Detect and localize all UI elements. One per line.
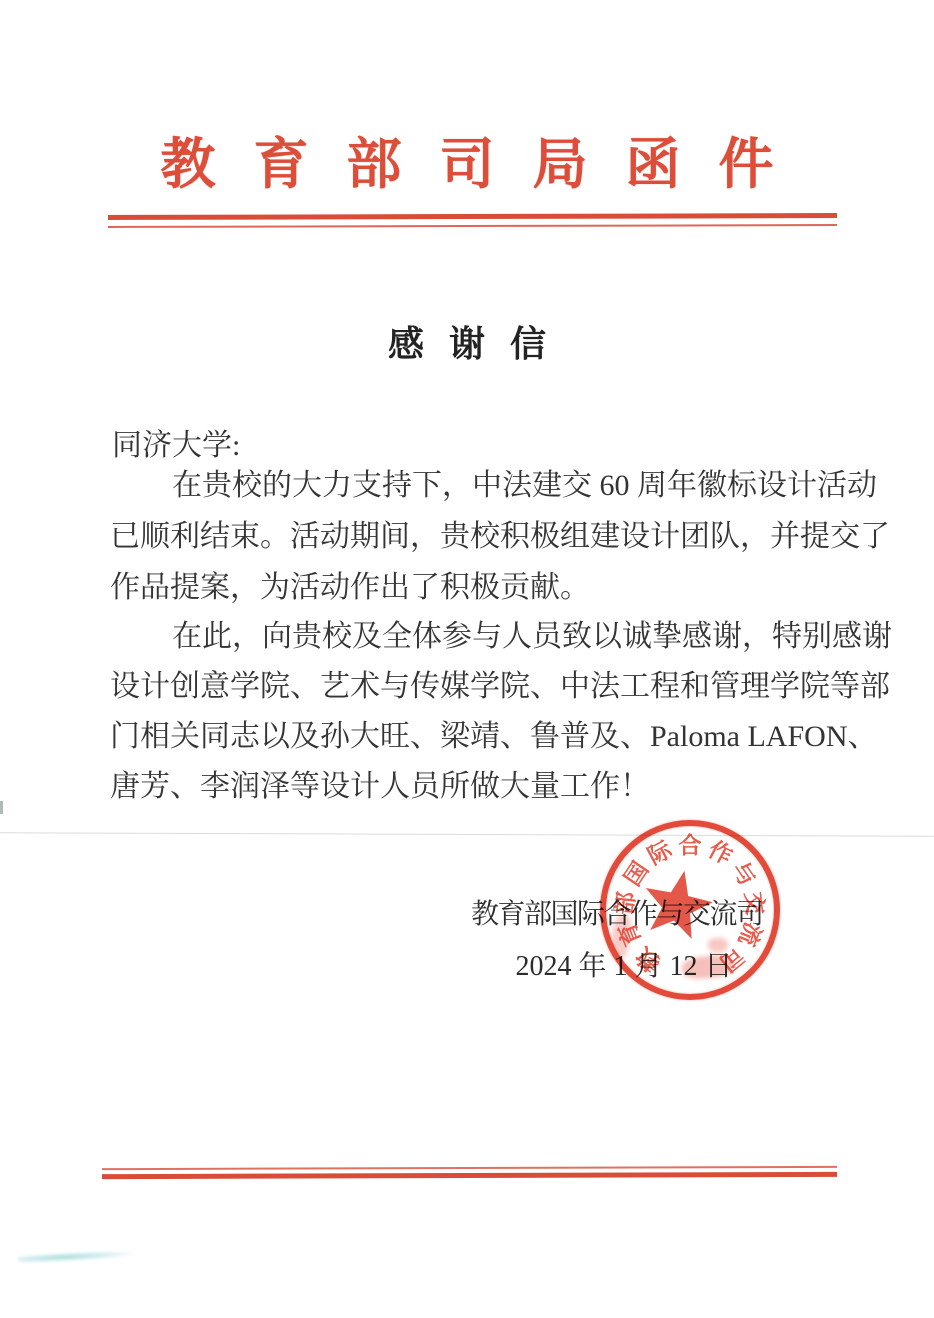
letterhead-title: 教育部司局函件 [0,120,934,199]
paragraph-line: 在此，向贵校及全体参与人员致以诚挚感谢，特别感谢 [110,612,833,662]
paragraph-line: 唐芳、李润泽等设计人员所做大量工作！ [110,762,833,812]
footer-rule-thick [102,1172,837,1179]
paragraph-line: 门相关同志以及孙大旺、梁靖、鲁普及、Paloma LAFON、 [110,712,833,762]
scan-artifact-line [0,832,934,837]
official-seal: 教育部国际合作与交流司 [590,810,790,1010]
paragraph-2: 在此，向贵校及全体参与人员致以诚挚感谢，特别感谢 设计创意学院、艺术与传媒学院、… [110,612,833,812]
paragraph-line: 在贵校的大力支持下，中法建交 60 周年徽标设计活动 [110,460,833,511]
scan-smudge [18,1249,134,1264]
seal-arc-char: 合 [677,833,703,859]
paragraph-line: 设计创意学院、艺术与传媒学院、中法工程和管理学院等部 [110,662,833,712]
paragraph-1: 在贵校的大力支持下，中法建交 60 周年徽标设计活动 已顺利结束。活动期间，贵校… [110,460,833,613]
seal-ink-smudge [708,938,728,952]
salutation: 同济大学: [112,420,240,464]
scanned-letter-page: 教育部司局函件 感谢信 同济大学: 在贵校的大力支持下，中法建交 60 周年徽标… [0,0,934,1318]
scan-edge-mark [0,801,3,814]
paragraph-line: 已顺利结束。活动期间，贵校积极组建设计团队，并提交了 [110,511,833,562]
paragraph-line: 作品提案，为活动作出了积极贡献。 [110,562,833,613]
footer-rule-thin [102,1166,837,1170]
seal-arc-char: 交 [739,889,768,918]
letter-title: 感谢信 [0,316,934,367]
letterhead-rule-thick [108,213,837,220]
seal-arc-char: 部 [612,889,641,918]
letterhead-rule-thin [108,224,837,228]
